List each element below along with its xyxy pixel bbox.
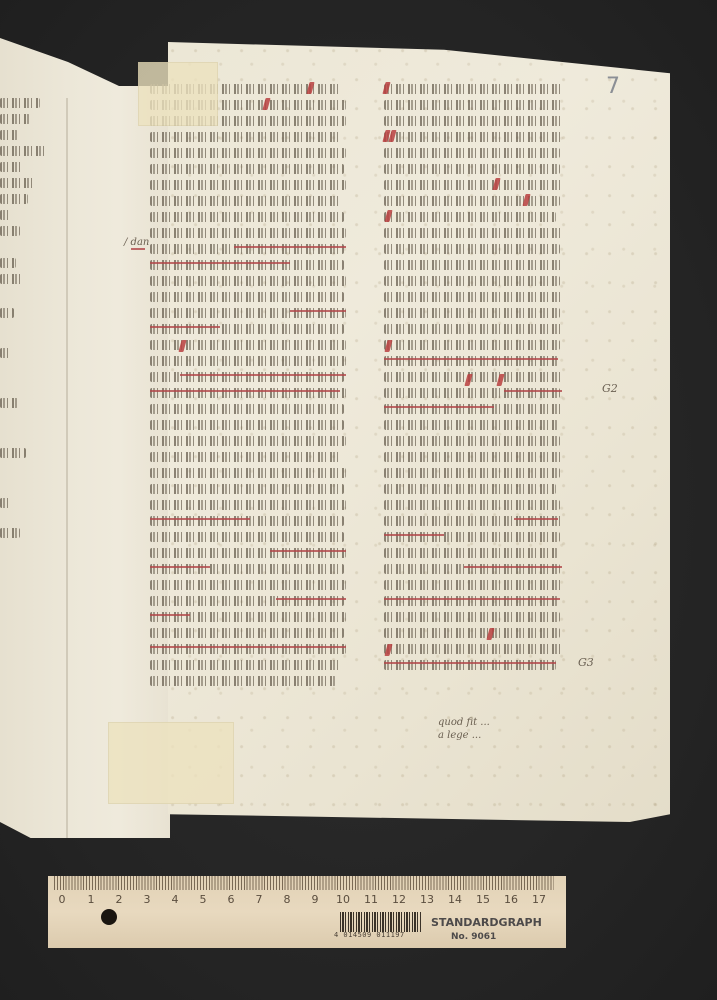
bottom-note-line-2: a lege ... [438,729,490,742]
barcode-number: 4 014509 011197 [334,931,405,939]
folio-number: 7 [606,74,620,99]
ruler-numbers: 0 1 2 3 4 5 6 7 8 9 10 11 12 13 14 15 16… [48,893,566,907]
left-page-text-remnant [0,98,48,538]
repair-tape-bottom [108,722,234,804]
bottom-note-line-1: quod fit ... [438,716,490,729]
ruler-hole [101,909,117,925]
marginal-signature-g2: G2 [602,382,618,395]
ruler-model: No. 9061 [451,932,496,942]
marginal-signature-g3: G3 [578,656,594,669]
bottom-note: quod fit ... a lege ... [438,716,490,742]
barcode [340,912,422,932]
manuscript-leaf [168,42,670,822]
measuring-ruler: 0 1 2 3 4 5 6 7 8 9 10 11 12 13 14 15 16… [48,876,566,948]
left-page-fragment [0,38,170,838]
ruler-brand: STANDARDGRAPH [431,916,542,929]
foxing-spots [168,42,670,822]
ruler-ticks [54,876,554,890]
repair-tape-top [138,62,218,126]
fold-line [66,98,68,868]
